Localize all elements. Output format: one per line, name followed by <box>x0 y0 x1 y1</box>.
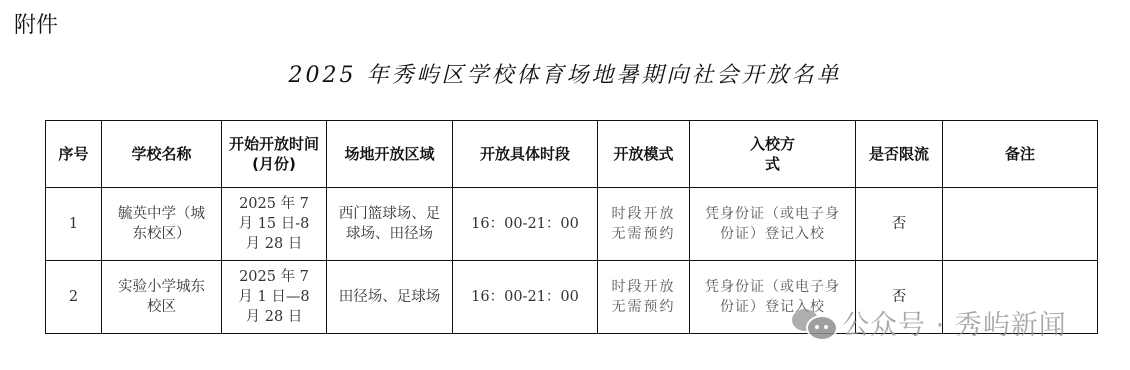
table-header-row: 序号 学校名称 开始开放时间(月份) 场地开放区域 开放具体时段 开放模式 入校… <box>46 121 1098 188</box>
attachment-label: 附件 <box>14 8 58 39</box>
watermark-text: 公众号 · 秀屿新闻 <box>842 303 1067 342</box>
cell-school: 实验小学城东校区 <box>102 261 222 334</box>
cell-notes <box>943 188 1098 261</box>
cell-area: 西门篮球场、足球场、田径场 <box>327 188 453 261</box>
header-limit: 是否限流 <box>856 121 943 188</box>
cell-mode: 时段开放无需预约 <box>598 261 690 334</box>
table-row: 1 毓英中学（城东校区） 2025 年 7 月 15 日-8 月 28 日 西门… <box>46 188 1098 261</box>
cell-index: 1 <box>46 188 102 261</box>
header-entry: 入校方式 <box>690 121 856 188</box>
cell-area: 田径场、足球场 <box>327 261 453 334</box>
header-start-time: 开始开放时间(月份) <box>222 121 327 188</box>
header-school: 学校名称 <box>102 121 222 188</box>
cell-hours: 16：00-21：00 <box>453 188 598 261</box>
header-area: 场地开放区域 <box>327 121 453 188</box>
cell-entry: 凭身份证（或电子身份证）登记入校 <box>690 188 856 261</box>
header-mode: 开放模式 <box>598 121 690 188</box>
header-hours: 开放具体时段 <box>453 121 598 188</box>
cell-hours: 16：00-21：00 <box>453 261 598 334</box>
cell-index: 2 <box>46 261 102 334</box>
header-notes: 备注 <box>943 121 1098 188</box>
header-index: 序号 <box>46 121 102 188</box>
document-title: 2025 年秀屿区学校体育场地暑期向社会开放名单 <box>0 58 1130 89</box>
cell-school: 毓英中学（城东校区） <box>102 188 222 261</box>
watermark: 公众号 · 秀屿新闻 <box>790 302 1067 342</box>
cell-start-time: 2025 年 7 月 1 日—8 月 28 日 <box>222 261 327 334</box>
cell-start-time: 2025 年 7 月 15 日-8 月 28 日 <box>222 188 327 261</box>
cell-mode: 时段开放无需预约 <box>598 188 690 261</box>
wechat-icon <box>790 305 836 339</box>
cell-limit: 否 <box>856 188 943 261</box>
